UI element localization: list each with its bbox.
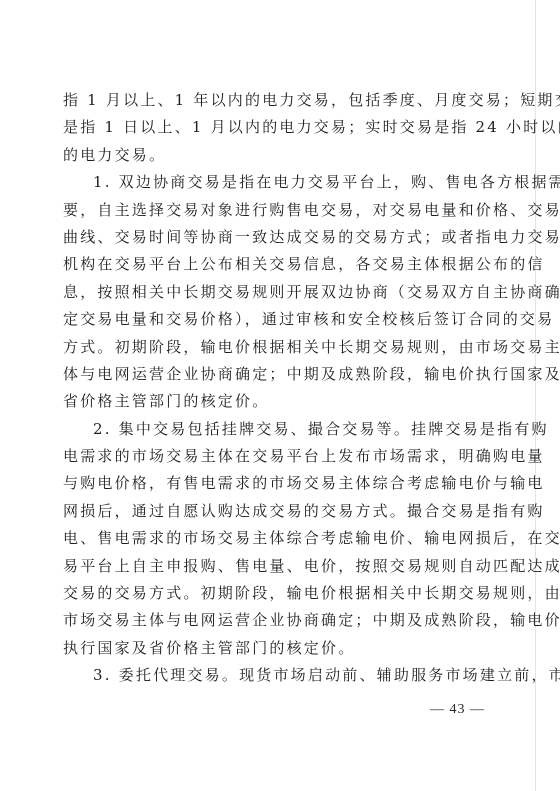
text-line: 指 1 月以上、1 年以内的电力交易，包括季度、月度交易；短期交易 xyxy=(63,87,515,114)
text-line: 要，自主选择交易对象进行购售电交易，对交易电量和价格、交易 xyxy=(63,197,515,224)
text-line: 易平台上自主申报购、售电量、电价，按照交易规则自动匹配达成 xyxy=(63,553,515,580)
paragraph-first-line: 1. 双边协商交易是指在电力交易平台上，购、售电各方根据需 xyxy=(63,169,515,196)
page-number: — 43 — xyxy=(430,702,485,718)
text-line: 定交易电量和交易价格），通过审核和安全校核后签订合同的交易 xyxy=(63,306,515,333)
text-line: 的电力交易。 xyxy=(63,142,515,169)
text-line: 省价格主管部门的核定价。 xyxy=(63,388,515,415)
text-line: 与购电价格，有售电需求的市场交易主体综合考虑输电价与输电 xyxy=(63,470,515,497)
text-line: 是指 1 日以上、1 月以内的电力交易；实时交易是指 24 小时以内 xyxy=(63,114,515,141)
text-line: 网损后，通过自愿认购达成交易的交易方式。撮合交易是指有购 xyxy=(63,498,515,525)
text-line: 执行国家及省价格主管部门的核定价。 xyxy=(63,635,515,662)
text-line: 交易的交易方式。初期阶段，输电价根据相关中长期交易规则，由 xyxy=(63,580,515,607)
text-line: 方式。初期阶段，输电价根据相关中长期交易规则，由市场交易主 xyxy=(63,334,515,361)
text-line: 市场交易主体与电网运营企业协商确定；中期及成熟阶段，输电价 xyxy=(63,607,515,634)
text-line: 曲线、交易时间等协商一致达成交易的交易方式；或者指电力交易 xyxy=(63,224,515,251)
text-line: 息，按照相关中长期交易规则开展双边协商（交易双方自主协商确 xyxy=(63,279,515,306)
text-line: 机构在交易平台上公布相关交易信息，各交易主体根据公布的信 xyxy=(63,251,515,278)
text-line: 体与电网运营企业协商确定；中期及成熟阶段，输电价执行国家及 xyxy=(63,361,515,388)
text-line: 电、售电需求的市场交易主体综合考虑输电价、输电网损后，在交 xyxy=(63,525,515,552)
paragraph-first-line: 3. 委托代理交易。现货市场启动前、辅助服务市场建立前，市 xyxy=(63,662,515,689)
paragraph-first-line: 2. 集中交易包括挂牌交易、撮合交易等。挂牌交易是指有购 xyxy=(63,416,515,443)
text-line: 电需求的市场交易主体在交易平台上发布市场需求，明确购电量 xyxy=(63,443,515,470)
document-body: 指 1 月以上、1 年以内的电力交易，包括季度、月度交易；短期交易 是指 1 日… xyxy=(63,87,515,690)
